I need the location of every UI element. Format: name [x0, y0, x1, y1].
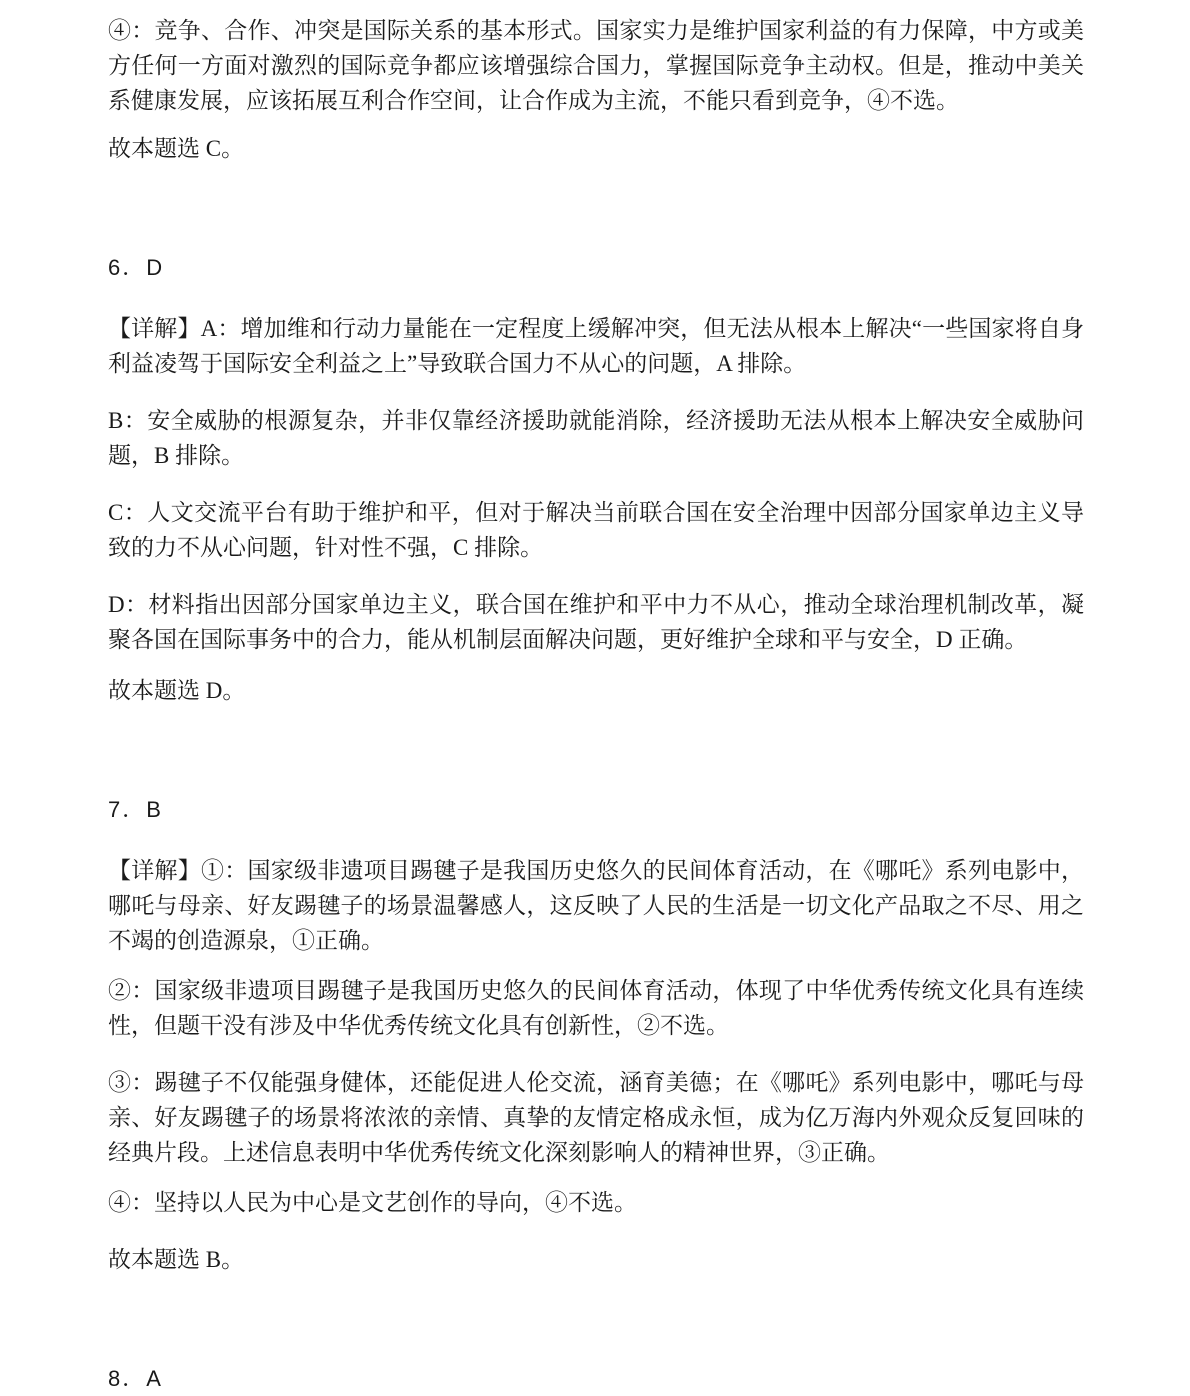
q8-question-number: 8．A [108, 1361, 1084, 1396]
q6-answer-line: 故本题选 D。 [108, 673, 1084, 708]
q7-answer-line: 故本题选 B。 [108, 1242, 1084, 1277]
q7-point1-paragraph: 【详解】①：国家级非遗项目踢毽子是我国历史悠久的民间体育活动，在《哪吒》系列电影… [108, 853, 1084, 958]
q6-option-d-paragraph: D：材料指出因部分国家单边主义，联合国在维护和平中力不从心，推动全球治理机制改革… [108, 587, 1084, 657]
q7-point2-paragraph: ②：国家级非遗项目踢毽子是我国历史悠久的民间体育活动，体现了中华优秀传统文化具有… [108, 973, 1084, 1043]
q7-point3-paragraph: ③：踢毽子不仅能强身健体，还能促进人伦交流，涵育美德；在《哪吒》系列电影中，哪吒… [108, 1065, 1084, 1170]
q7-question-number: 7．B [108, 792, 1084, 827]
q5-point4-paragraph: ④：竞争、合作、冲突是国际关系的基本形式。国家实力是维护国家利益的有力保障，中方… [108, 13, 1084, 118]
q5-answer-line: 故本题选 C。 [108, 131, 1084, 166]
q7-point4-paragraph: ④：坚持以人民为中心是文艺创作的导向，④不选。 [108, 1185, 1084, 1220]
q6-option-b-paragraph: B：安全威胁的根源复杂，并非仅靠经济援助就能消除，经济援助无法从根本上解决安全威… [108, 403, 1084, 473]
document-page: ④：竞争、合作、冲突是国际关系的基本形式。国家实力是维护国家利益的有力保障，中方… [0, 0, 1190, 1396]
q6-question-number: 6．D [108, 250, 1084, 285]
q6-option-c-paragraph: C：人文交流平台有助于维护和平，但对于解决当前联合国在安全治理中因部分国家单边主… [108, 495, 1084, 565]
q6-option-a-paragraph: 【详解】A：增加维和行动力量能在一定程度上缓解冲突，但无法从根本上解决“一些国家… [108, 311, 1084, 381]
